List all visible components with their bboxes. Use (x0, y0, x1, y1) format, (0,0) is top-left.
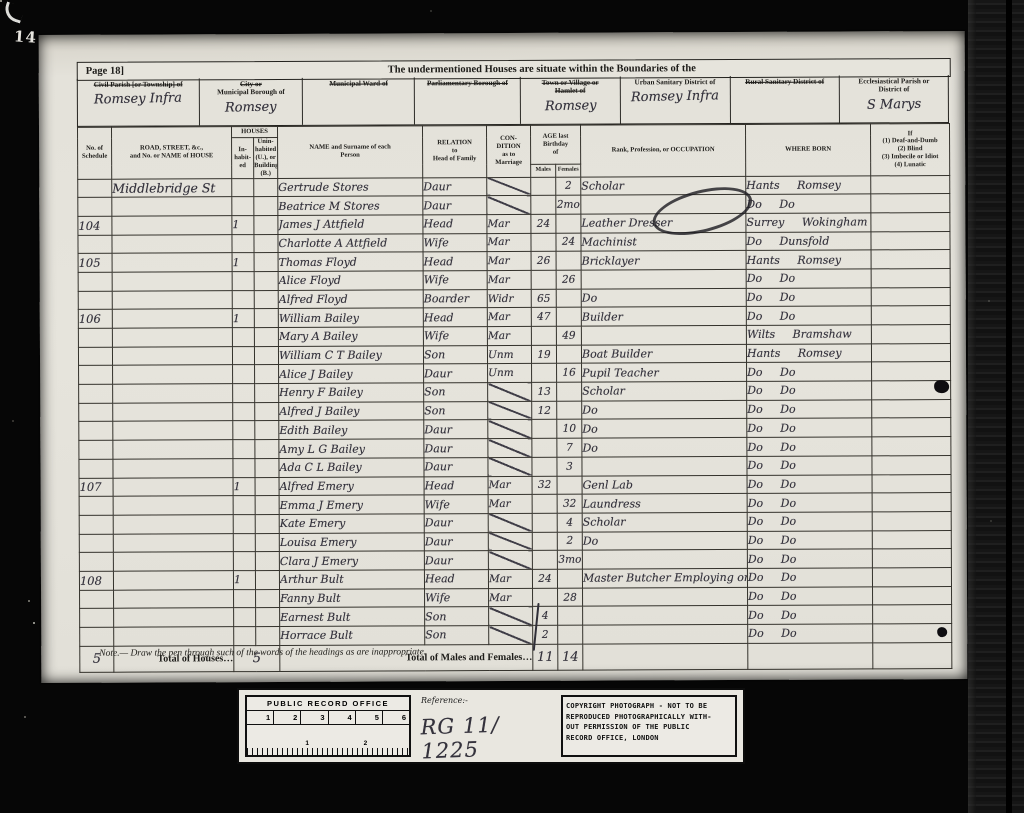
cell-inh (233, 440, 255, 459)
cell-uninh (254, 346, 278, 365)
cell-name: Earnest Bult (280, 607, 425, 626)
cell-name: Mary A Bailey (278, 327, 423, 346)
cell-cond (487, 196, 531, 215)
cell-rel: Daur (423, 177, 487, 196)
pro-cm-scale: 1 2 (247, 725, 409, 755)
cell-schedule: 107 (79, 478, 113, 497)
cell-dis (872, 455, 951, 474)
cell-cond (488, 513, 532, 532)
cell-occ: Scholar (582, 512, 747, 531)
cell-dis (871, 231, 950, 250)
cell-schedule (78, 347, 112, 366)
cell-born: Do Do (747, 530, 872, 549)
cell-inh (232, 234, 254, 253)
cell-m: 12 (532, 401, 557, 420)
cell-street (112, 272, 232, 291)
cell-m (533, 588, 558, 607)
cell-rel: Daur (424, 532, 488, 551)
cell-rel: Daur (424, 551, 488, 570)
cell-uninh (254, 290, 278, 309)
cell-schedule (78, 291, 112, 310)
cell-born: Do Do (748, 605, 873, 624)
cell-inh (233, 552, 255, 571)
cell-born: Hants Romsey (746, 250, 871, 269)
cell-uninh (255, 570, 279, 589)
cell-name: Ada C L Bailey (279, 458, 424, 477)
cell-inh (233, 365, 255, 384)
cell-rel: Wife (423, 233, 487, 252)
cell-inh (234, 589, 256, 608)
cell-occ: Laundress (582, 494, 747, 513)
cell-dis (871, 343, 950, 362)
cell-name: Alice Floyd (278, 271, 423, 290)
census-table-body: Middlebridge StGertrude StoresDaur2Schol… (78, 175, 952, 646)
census-scan-page: { "page": { "label": "Page 18]", "title"… (0, 0, 1024, 813)
film-edge-glow (968, 0, 976, 813)
cell-name: Fanny Bult (280, 589, 425, 608)
cell-dis (871, 325, 950, 344)
cell-m (532, 551, 557, 570)
cell-schedule: 108 (79, 571, 113, 590)
district-label: City orMunicipal Borough of (217, 80, 285, 97)
cell-uninh (254, 271, 278, 290)
cell-m (531, 195, 556, 214)
cell-cond: Mar (487, 252, 531, 271)
census-page-scan: Page 18] The undermentioned Houses are s… (39, 31, 968, 683)
ink-blot-small (937, 627, 947, 637)
cell-rel: Son (425, 607, 489, 626)
cell-occ: Scholar (582, 382, 747, 401)
cell-uninh (254, 178, 278, 197)
cell-born: Do Do (746, 194, 871, 213)
cell-f: 2 (556, 177, 581, 196)
cell-dis (872, 511, 951, 530)
cell-f: 32 (557, 494, 582, 513)
cell-occ (582, 456, 747, 475)
cell-m (532, 420, 557, 439)
cell-rel: Wife (423, 271, 487, 290)
cell-born: Do Do (747, 381, 872, 400)
page-number-label: Page 18] (86, 66, 124, 77)
district-box: Town or Village orHamlet ofRomsey (521, 76, 621, 123)
cell-uninh (255, 496, 279, 515)
cell-born: Hants Romsey (746, 344, 871, 363)
cell-inh (233, 402, 255, 421)
cell-inh (233, 533, 255, 552)
cell-schedule (79, 534, 113, 553)
cell-street (113, 440, 233, 459)
cell-m (532, 364, 557, 383)
cell-occ: Do (582, 438, 747, 457)
reference-value: RG 11/ 1225 (420, 711, 558, 764)
cell-cond (488, 439, 532, 458)
cell-occ: Builder (581, 307, 746, 326)
cm-label-2: 2 (364, 740, 368, 747)
cell-born: Do Do (747, 400, 872, 419)
cell-name: Amy L G Bailey (279, 439, 424, 458)
cell-occ: Do (582, 531, 747, 550)
cell-street (112, 346, 232, 365)
col-condition: CON- DITION as to Marriage (487, 125, 531, 177)
cell-schedule (79, 459, 113, 478)
totals-empty-disability (873, 642, 952, 668)
cell-uninh (255, 458, 279, 477)
cell-occ: Scholar (581, 176, 746, 195)
cell-uninh (255, 365, 279, 384)
cell-inh (232, 346, 254, 365)
cell-occ: Machinist (581, 232, 746, 251)
cell-born: Do Do (747, 493, 872, 512)
cell-inh (233, 421, 255, 440)
cell-cond (488, 401, 532, 420)
cell-street (112, 290, 232, 309)
cell-f (557, 401, 582, 420)
cell-schedule (79, 440, 113, 459)
cell-f (556, 251, 581, 270)
reference-area: Reference:- RG 11/ 1225 (411, 690, 561, 762)
cell-rel: Daur (424, 513, 488, 532)
cell-dis (872, 474, 951, 493)
cell-inh (232, 178, 254, 197)
cell-m (532, 457, 557, 476)
cell-cond: Mar (489, 588, 533, 607)
cell-rel: Wife (425, 588, 489, 607)
cell-f: 2 (557, 532, 582, 551)
cell-schedule (80, 590, 114, 609)
col-occupation: Rank, Profession, or OCCUPATION (581, 124, 746, 176)
cell-f: 4 (557, 513, 582, 532)
col-females: Females (556, 164, 581, 177)
cell-street (113, 421, 233, 440)
copyright-notice: COPYRIGHT PHOTOGRAPH - NOT TO BE REPRODU… (561, 695, 737, 757)
cell-street (113, 533, 233, 552)
cell-f: 16 (557, 364, 582, 383)
cell-dis (871, 250, 950, 269)
cell-occ: Do (581, 288, 746, 307)
cell-born: Do Do (747, 512, 872, 531)
cell-m: 47 (531, 308, 556, 327)
cell-name: Alfred Floyd (278, 290, 423, 309)
cell-schedule (78, 235, 112, 254)
district-box: Urban Sanitary District ofRomsey Infra (621, 76, 731, 123)
cell-name: Alfred Emery (279, 476, 424, 495)
cell-name: Alfred J Bailey (279, 402, 424, 421)
col-road: ROAD, STREET, &c., and No. or NAME of HO… (111, 127, 231, 179)
footnote: Note.— Draw the pen through such of the … (99, 647, 426, 658)
cell-m (532, 513, 557, 532)
cell-born: Do Do (747, 568, 872, 587)
cell-born: Do Do (747, 437, 872, 456)
cell-m (531, 270, 556, 289)
totals-males-value: 11 (533, 644, 558, 670)
cell-m: 24 (531, 214, 556, 233)
cell-f (558, 625, 583, 644)
cell-schedule (78, 272, 112, 291)
cell-dis (872, 530, 951, 549)
cell-born: Do Do (747, 474, 872, 493)
inch-label: 2 (274, 711, 301, 724)
cell-street (112, 197, 232, 216)
district-box: City orMunicipal Borough ofRomsey (199, 78, 303, 125)
cell-street (113, 402, 233, 421)
film-seam (1006, 0, 1012, 813)
col-disability: If (1) Deaf-and-Dumb (2) Blind (3) Imbec… (871, 124, 950, 176)
cell-cond: Mar (488, 476, 532, 495)
ink-blot (934, 380, 949, 393)
cell-name: Arthur Bult (279, 570, 424, 589)
cell-occ (581, 195, 746, 214)
cell-inh: 1 (232, 309, 254, 328)
cell-schedule (78, 179, 112, 198)
col-age-group: AGE last Birthday of (531, 125, 581, 164)
cell-dis (872, 362, 951, 381)
cell-dis (871, 194, 950, 213)
cell-dis (871, 175, 950, 194)
district-box: Civil Parish [or Township] ofRomsey Infr… (78, 78, 200, 126)
cell-name: Horrace Bult (280, 626, 425, 645)
cell-f (556, 214, 581, 233)
district-label: Urban Sanitary District of (634, 78, 715, 87)
cell-rel: Daur (424, 364, 488, 383)
cell-occ: Master Butcher Employing one Boy (582, 568, 747, 587)
cell-inh (232, 197, 254, 216)
district-label: Rural Sanitary District of (745, 78, 824, 87)
inch-label: 5 (356, 711, 383, 724)
cell-born: Do Do (747, 418, 872, 437)
cell-f: 10 (557, 420, 582, 439)
cell-inh (234, 627, 256, 646)
cell-cond: Unm (487, 345, 531, 364)
cell-cond: Unm (488, 364, 532, 383)
cell-m (531, 233, 556, 252)
cell-uninh (255, 384, 279, 403)
cell-name: Louisa Emery (279, 532, 424, 551)
cell-uninh (254, 215, 278, 234)
cell-dis (872, 437, 951, 456)
cell-dis (872, 493, 951, 512)
cell-born: Hants Romsey (746, 175, 871, 194)
pro-inch-scale: 123456 (247, 711, 409, 725)
cell-born: Do Do (746, 288, 871, 307)
cell-cond: Mar (487, 214, 531, 233)
cell-m: 65 (531, 289, 556, 308)
cell-inh (232, 290, 254, 309)
cell-schedule (80, 609, 114, 628)
cell-cond: Mar (487, 233, 531, 252)
cell-uninh (254, 234, 278, 253)
col-uninhabited: Unin- habited (U.), or Building (B.) (254, 137, 278, 178)
cell-occ: Boat Builder (581, 344, 746, 363)
cm-label-1: 1 (305, 740, 309, 747)
cell-occ: Pupil Teacher (582, 363, 747, 382)
cell-street (114, 608, 234, 627)
cell-name: Emma J Emery (279, 495, 424, 514)
cell-uninh (254, 328, 278, 347)
cell-rel: Son (423, 345, 487, 364)
cell-rel: Head (423, 252, 487, 271)
cell-f (558, 606, 583, 625)
cell-m (532, 532, 557, 551)
cell-dis (872, 418, 951, 437)
cell-dis (872, 568, 951, 587)
district-label: Civil Parish [or Township] of (94, 80, 183, 89)
cell-uninh (254, 197, 278, 216)
cell-cond: Widr (487, 289, 531, 308)
cell-uninh (255, 421, 279, 440)
cell-m: 26 (531, 252, 556, 271)
cell-f: 49 (556, 326, 581, 345)
cell-rel: Daur (424, 439, 488, 458)
cell-rel: Head (424, 476, 488, 495)
totals-empty-born (748, 643, 873, 670)
cell-f (556, 345, 581, 364)
cell-name: Beatrice M Stores (278, 196, 423, 215)
cell-m: 13 (532, 382, 557, 401)
cell-cond (488, 551, 532, 570)
cell-born: Do Do (746, 306, 871, 325)
cell-rel: Son (424, 383, 488, 402)
cell-street (114, 627, 234, 646)
cell-born: Surrey Wokingham (746, 213, 871, 232)
district-value: Romsey (544, 98, 596, 114)
cell-schedule: 105 (78, 253, 112, 272)
cell-born: Wilts Bramshaw (746, 325, 871, 344)
inch-label: 1 (247, 711, 274, 724)
cell-uninh (254, 253, 278, 272)
cell-dis (871, 212, 950, 231)
cell-street (113, 496, 233, 515)
col-males: Males (531, 164, 556, 177)
cell-rel: Wife (424, 495, 488, 514)
cell-street (113, 477, 233, 496)
cell-name: Kate Emery (279, 514, 424, 533)
cell-name: William C T Bailey (278, 346, 423, 365)
cell-name: Gertrude Stores (278, 177, 423, 196)
cell-born: Do Do (748, 624, 873, 643)
pro-ruler-box: PUBLIC RECORD OFFICE 123456 1 2 (245, 695, 411, 757)
cell-rel: Head (423, 214, 487, 233)
district-box: Rural Sanitary District of (730, 76, 840, 123)
district-label: Municipal Ward of (329, 79, 388, 88)
cell-f (557, 382, 582, 401)
cell-uninh (256, 608, 280, 627)
cell-dis (871, 287, 950, 306)
cell-rel: Son (425, 626, 489, 645)
district-header-row: Civil Parish [or Township] ofRomsey Infr… (77, 75, 949, 127)
cell-name: Charlotte A Attfield (278, 233, 423, 252)
cell-cond: Mar (487, 326, 531, 345)
film-edge-texture (968, 0, 1024, 813)
cell-inh (233, 384, 255, 403)
cell-m (532, 494, 557, 513)
cell-uninh (255, 533, 279, 552)
totals-empty-occupation (583, 643, 748, 670)
cell-schedule (80, 627, 114, 646)
cell-name: Edith Bailey (279, 420, 424, 439)
cell-f (556, 289, 581, 308)
cell-f (557, 476, 582, 495)
cell-name: James J Attfield (278, 215, 423, 234)
cell-rel: Daur (424, 420, 488, 439)
cell-inh (232, 328, 254, 347)
col-name: NAME and Surname of each Person (278, 126, 423, 178)
cell-rel: Daur (423, 196, 487, 215)
inch-label: 4 (329, 711, 356, 724)
cell-born: Do Do (747, 549, 872, 568)
cell-cond (487, 177, 531, 196)
pro-office-title: PUBLIC RECORD OFFICE (247, 697, 409, 711)
cell-occ (583, 587, 748, 606)
reference-label: Reference:- (421, 696, 557, 705)
cell-born: Do Do (746, 269, 871, 288)
cell-street (112, 216, 232, 235)
cell-uninh (255, 402, 279, 421)
cell-inh: 1 (233, 477, 255, 496)
cell-occ: Do (582, 419, 747, 438)
cell-schedule (79, 515, 113, 534)
district-label: Ecclesiastical Parish orDistrict of (858, 77, 929, 94)
cell-schedule (79, 496, 113, 515)
district-value: S Marys (867, 96, 922, 112)
cell-occ (583, 606, 748, 625)
cell-occ (581, 325, 746, 344)
cell-schedule (79, 422, 113, 441)
cell-occ (583, 624, 748, 643)
cell-cond (488, 382, 532, 401)
cell-dis (871, 269, 950, 288)
cell-f: 28 (558, 588, 583, 607)
col-schedule: No. of Schedule (77, 127, 111, 179)
cell-rel: Son (424, 401, 488, 420)
cell-rel: Head (423, 308, 487, 327)
cell-inh (234, 608, 256, 627)
dust-specks (0, 0, 2, 2)
cell-f (556, 308, 581, 327)
inch-label: 6 (383, 711, 409, 724)
district-box: Parliamentary Borough of (415, 77, 521, 124)
cell-m (531, 177, 556, 196)
cell-m (531, 326, 556, 345)
cell-f: 7 (557, 438, 582, 457)
cell-born: Do Dunsfold (746, 231, 871, 250)
col-relation: RELATION to Head of Family (423, 126, 487, 178)
col-where-born: WHERE BORN (746, 124, 871, 176)
cell-f: 2mo (556, 195, 581, 214)
cell-street: Middlebridge St (112, 178, 232, 197)
cell-cond (488, 457, 532, 476)
cell-born: Do Do (747, 362, 872, 381)
cell-street (113, 459, 233, 478)
cell-inh (232, 272, 254, 291)
cell-name: Henry F Bailey (279, 383, 424, 402)
cell-m: 19 (531, 345, 556, 364)
cell-schedule (78, 197, 112, 216)
cell-dis (873, 586, 952, 605)
cell-m: 32 (532, 476, 557, 495)
cell-cond (488, 532, 532, 551)
cell-occ: Bricklayer (581, 251, 746, 270)
cell-schedule (78, 328, 112, 347)
totals-females-value: 14 (558, 644, 583, 670)
census-table-header: No. of Schedule ROAD, STREET, &c., and N… (77, 124, 949, 179)
cell-street (113, 515, 233, 534)
cell-cond: Mar (488, 495, 532, 514)
cell-cond (489, 607, 533, 626)
cell-name: Thomas Floyd (278, 252, 423, 271)
cell-uninh (256, 627, 280, 646)
district-value: Romsey Infra (94, 91, 182, 108)
cell-schedule: 106 (78, 310, 112, 329)
